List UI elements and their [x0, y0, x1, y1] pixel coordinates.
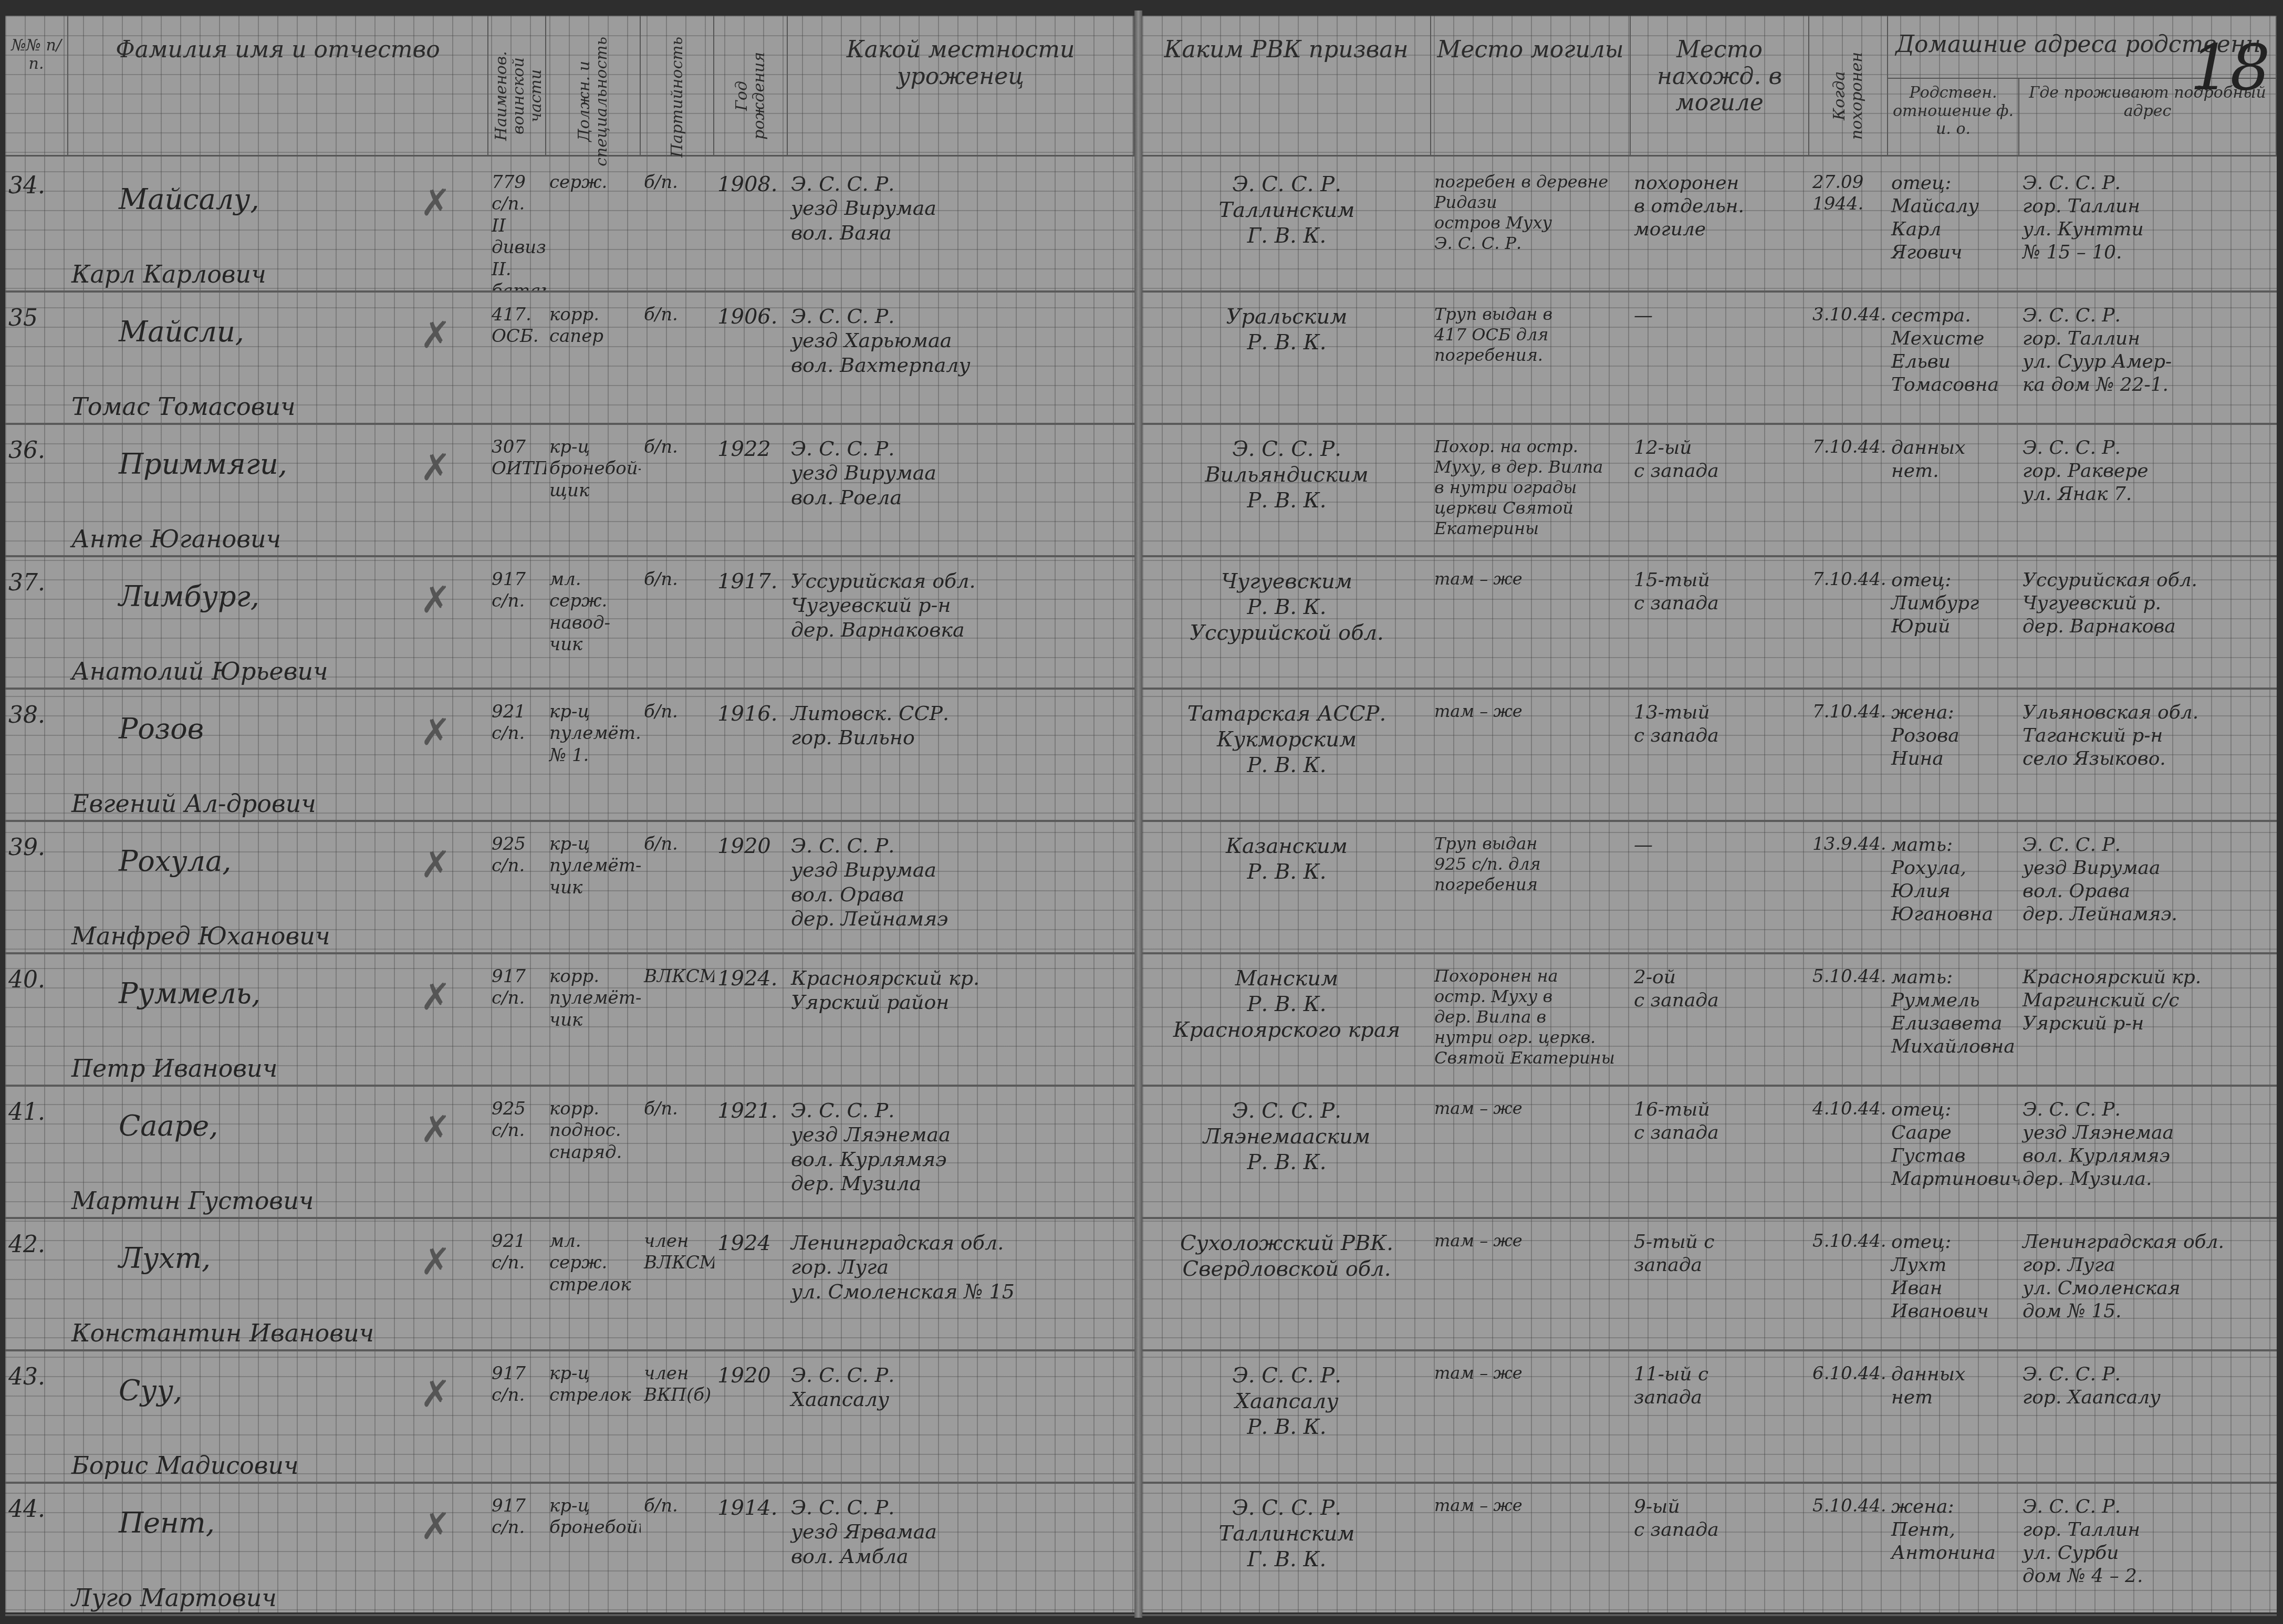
rank-specialty: серж. [546, 160, 641, 290]
birthplace: Э. С. С. Р. уезд Ярвамаа вол. Амбла [788, 1484, 1134, 1614]
check-mark-icon: ✗ [420, 1240, 451, 1283]
right-page: Каким РВК призван Место могилы Место нах… [1142, 16, 2277, 1612]
row-number: 43. [5, 1351, 68, 1482]
soldier-name: Приммяги, Анте Юганович [68, 425, 488, 555]
col-header-date: Когда похоронен [1809, 16, 1888, 155]
party-membership: б/п. [641, 822, 714, 952]
col-header-num: №№ п/п. [5, 16, 68, 155]
table-row-right: Э. С. С. Р. Таллинским Г. В. К. там – же… [1142, 1484, 2277, 1616]
col-header-position: Место нахожд. в могиле [1631, 16, 1809, 155]
birth-year: 1914. [714, 1484, 788, 1614]
position-in-grave: 11-ый с запада [1631, 1351, 1809, 1482]
position-in-grave: — [1631, 293, 1809, 423]
check-mark-icon: ✗ [420, 843, 451, 886]
birth-year: 1906. [714, 293, 788, 423]
check-mark-icon: ✗ [420, 1108, 451, 1151]
col-header-rank: Должн. и специальность [546, 16, 641, 155]
party-membership: ВЛКСМ. [641, 954, 714, 1085]
party-membership: б/п. [641, 690, 714, 820]
table-row-left: 34. Майсалу, Карл Карлович ✗ 779 с/п. II… [5, 160, 1134, 293]
birthplace: Э. С. С. Р. уезд Ляэнемаа вол. Курлямяэ … [788, 1087, 1134, 1217]
table-row-right: Уральским Р. В. К. Труп выдан в 417 ОСБ … [1142, 293, 2277, 425]
burial-date: 5.10.44. [1809, 1484, 1888, 1614]
birth-year: 1920 [714, 822, 788, 952]
table-row-left: 42. Лухт, Константин Иванович ✗ 921 с/п.… [5, 1219, 1134, 1351]
relative-name: отец: Лимбург Юрий [1888, 557, 2019, 688]
relative-name: мать: Рохула, Юлия Югановна [1888, 822, 2019, 952]
rank-specialty: кр-ц пулемёт. № 1. [546, 690, 641, 820]
table-row-left: 37. Лимбург, Анатолий Юрьевич ✗ 917 с/п.… [5, 557, 1134, 690]
relative-address: Ленинградская обл. гор. Луга ул. Смоленс… [2019, 1219, 2277, 1349]
soldier-name: Суу, Борис Мадисович [68, 1351, 488, 1482]
conscription-office: Казанским Р. В. К. [1142, 822, 1431, 952]
grave-location: Труп выдан 925 с/п. для погребения [1431, 822, 1631, 952]
conscription-office: Э. С. С. Р. Таллинским Г. В. К. [1142, 160, 1431, 290]
conscription-office: Уральским Р. В. К. [1142, 293, 1431, 423]
check-mark-icon: ✗ [420, 578, 451, 621]
col-header-year: Год рождения [714, 16, 788, 155]
grave-location: там – же [1431, 1087, 1631, 1217]
position-in-grave: 15-тый с запада [1631, 557, 1809, 688]
conscription-office: Татарская АССР. Кукморским Р. В. К. [1142, 690, 1431, 820]
military-unit: 417. ОСБ. [488, 293, 546, 423]
grave-location: Труп выдан в 417 ОСБ для погребения. [1431, 293, 1631, 423]
birth-year: 1917. [714, 557, 788, 688]
row-number: 42. [5, 1219, 68, 1349]
table-row-right: Чугуевским Р. В. К. Уссурийской обл. там… [1142, 557, 2277, 690]
relative-address: Э. С. С. Р. уезд Ляэнемаа вол. Курлямяэ … [2019, 1087, 2277, 1217]
conscription-office: Э. С. С. Р. Хаапсалу Р. В. К. [1142, 1351, 1431, 1482]
check-mark-icon: ✗ [420, 711, 451, 754]
grave-location: там – же [1431, 690, 1631, 820]
grave-location: там – же [1431, 1219, 1631, 1349]
soldier-name: Саарe, Мартин Густович [68, 1087, 488, 1217]
birthplace: Э. С. С. Р. Хаапсалу [788, 1351, 1134, 1482]
burial-date: 7.10.44. [1809, 690, 1888, 820]
birth-year: 1924. [714, 954, 788, 1085]
row-number: 35 [5, 293, 68, 423]
row-number: 40. [5, 954, 68, 1085]
table-row-right: Сухоложский РВК. Свердловской обл. там –… [1142, 1219, 2277, 1351]
position-in-grave: — [1631, 822, 1809, 952]
relative-address: Э. С. С. Р. гор. Таллин ул. Суур Амер- к… [2019, 293, 2277, 423]
row-number: 36. [5, 425, 68, 555]
rank-specialty: кр-ц бронебойщ. [546, 1484, 641, 1614]
check-mark-icon: ✗ [420, 314, 451, 357]
table-row-right: Э. С. С. Р. Таллинским Г. В. К. погребен… [1142, 160, 2277, 293]
burial-date: 7.10.44. [1809, 425, 1888, 555]
relative-name: сестра. Мехисте Ельви Томасовна [1888, 293, 2019, 423]
row-number: 37. [5, 557, 68, 688]
col-header-relative: Родствен. отношение ф. и. о. [1888, 79, 2019, 155]
rank-specialty: корр. поднос. снаряд. [546, 1087, 641, 1217]
rank-specialty: мл. серж. стрелок [546, 1219, 641, 1349]
table-row-right: Татарская АССР. Кукморским Р. В. К. там … [1142, 690, 2277, 822]
burial-date: 3.10.44. [1809, 293, 1888, 423]
right-header: Каким РВК призван Место могилы Место нах… [1142, 16, 2277, 157]
conscription-office: Э. С. С. Р. Ляэнемааским Р. В. К. [1142, 1087, 1431, 1217]
col-header-unit: Наименов. воинской части [488, 16, 546, 155]
position-in-grave: 9-ый с запада [1631, 1484, 1809, 1614]
check-mark-icon: ✗ [420, 446, 451, 489]
relative-address: Э. С. С. Р. гор. Таллин ул. Сурби дом № … [2019, 1484, 2277, 1614]
birthplace: Э. С. С. Р. уезд Вирумаа вол. Роела [788, 425, 1134, 555]
given-name: Манфред Юханович [71, 921, 485, 951]
col-header-rvk: Каким РВК призван [1142, 16, 1431, 155]
birthplace: Красноярский кр. Уярский район [788, 954, 1134, 1085]
position-in-grave: 12-ый с запада [1631, 425, 1809, 555]
row-number: 44. [5, 1484, 68, 1614]
soldier-name: Лимбург, Анатолий Юрьевич [68, 557, 488, 688]
soldier-name: Лухт, Константин Иванович [68, 1219, 488, 1349]
row-number: 34. [5, 160, 68, 290]
page-number-stamp: 18 [2190, 32, 2270, 105]
burial-date: 13.9.44. [1809, 822, 1888, 952]
military-unit: 921 с/п. [488, 690, 546, 820]
rank-specialty: кр-ц пулемёт- чик [546, 822, 641, 952]
military-unit: 925 с/п. [488, 822, 546, 952]
table-row-right: Манским Р. В. К. Красноярского края Похо… [1142, 954, 2277, 1087]
given-name: Петр Иванович [71, 1054, 485, 1083]
position-in-grave: 5-тый с запада [1631, 1219, 1809, 1349]
col-header-party: Партийность [641, 16, 714, 155]
table-row-right: Э. С. С. Р. Вильяндиским Р. В. К. Похор.… [1142, 425, 2277, 557]
col-header-grave: Место могилы [1431, 16, 1631, 155]
burial-date: 5.10.44. [1809, 954, 1888, 1085]
relative-address: Э. С. С. Р. гор. Таллин ул. Кунтти № 15 … [2019, 160, 2277, 290]
table-row-right: Казанским Р. В. К. Труп выдан 925 с/п. д… [1142, 822, 2277, 954]
birth-year: 1921. [714, 1087, 788, 1217]
grave-location: там – же [1431, 557, 1631, 688]
rank-specialty: кр-ц бронебой- щик [546, 425, 641, 555]
register-spread: №№ п/п. Фамилия имя и отчество Наименов.… [0, 0, 2283, 1624]
rank-specialty: корр. пулемёт- чик [546, 954, 641, 1085]
conscription-office: Чугуевским Р. В. К. Уссурийской обл. [1142, 557, 1431, 688]
left-header: №№ п/п. Фамилия имя и отчество Наименов.… [5, 16, 1134, 157]
party-membership: б/п. [641, 160, 714, 290]
birth-year: 1924 [714, 1219, 788, 1349]
check-mark-icon: ✗ [420, 1505, 451, 1548]
military-unit: 921 с/п. [488, 1219, 546, 1349]
soldier-name: Пент, Луго Мартович [68, 1484, 488, 1614]
military-unit: 917 с/п. [488, 1351, 546, 1482]
grave-location: погребен в деревне Ридази остров Муху Э.… [1431, 160, 1631, 290]
burial-date: 6.10.44. [1809, 1351, 1888, 1482]
row-number: 41. [5, 1087, 68, 1217]
birthplace: Уссурийская обл. Чугуевский р-н дер. Вар… [788, 557, 1134, 688]
row-number: 39. [5, 822, 68, 952]
book-gutter [1134, 11, 1142, 1618]
soldier-name: Руммель, Петр Иванович [68, 954, 488, 1085]
table-row-right: Э. С. С. Р. Хаапсалу Р. В. К. там – же 1… [1142, 1351, 2277, 1484]
table-row-right: Э. С. С. Р. Ляэнемааским Р. В. К. там – … [1142, 1087, 2277, 1219]
relative-name: отец: Сааре Густав Мартинович [1888, 1087, 2019, 1217]
given-name: Луго Мартович [71, 1583, 485, 1612]
military-unit: 917 с/п. [488, 1484, 546, 1614]
birth-year: 1922 [714, 425, 788, 555]
position-in-grave: 16-тый с запада [1631, 1087, 1809, 1217]
relative-address: Уссурийская обл. Чугуевский р. дер. Варн… [2019, 557, 2277, 688]
relative-address: Красноярский кр. Маргинский с/с Уярский … [2019, 954, 2277, 1085]
check-mark-icon: ✗ [420, 181, 451, 224]
relative-name: данных нет [1888, 1351, 2019, 1482]
party-membership: б/п. [641, 1087, 714, 1217]
party-membership: б/п. [641, 557, 714, 688]
soldier-name: Розов Евгений Ал-дрович [68, 690, 488, 820]
military-unit: 779 с/п. II дивиз. II. батар. [488, 160, 546, 290]
birth-year: 1908. [714, 160, 788, 290]
military-unit: 917 с/п. [488, 557, 546, 688]
relative-name: отец: Майсалу Карл Ягович [1888, 160, 2019, 290]
table-row-left: 36. Приммяги, Анте Юганович ✗ 307 ОИТПД.… [5, 425, 1134, 557]
relative-name: мать: Руммель Елизавета Михайловна [1888, 954, 2019, 1085]
given-name: Карл Карлович [71, 259, 485, 289]
birthplace: Э. С. С. Р. уезд Вирумаа вол. Орава дер.… [788, 822, 1134, 952]
grave-location: там – же [1431, 1484, 1631, 1614]
birthplace: Ленинградская обл. гор. Луга ул. Смоленс… [788, 1219, 1134, 1349]
rank-specialty: корр. сапер [546, 293, 641, 423]
burial-date: 4.10.44. [1809, 1087, 1888, 1217]
grave-location: Похор. на остр. Муху, в дер. Вилпа в нут… [1431, 425, 1631, 555]
given-name: Константин Иванович [71, 1318, 485, 1348]
given-name: Анте Юганович [71, 524, 485, 554]
given-name: Томас Томасович [71, 392, 485, 421]
military-unit: 917 с/п. [488, 954, 546, 1085]
relative-name: отец: Лухт Иван Иванович [1888, 1219, 2019, 1349]
grave-location: Похоронен на остр. Муху в дер. Вилпа в н… [1431, 954, 1631, 1085]
row-number: 38. [5, 690, 68, 820]
birthplace: Литовск. ССР. гор. Вильно [788, 690, 1134, 820]
given-name: Борис Мадисович [71, 1451, 485, 1480]
given-name: Евгений Ал-дрович [71, 789, 485, 818]
party-membership: б/п. [641, 1484, 714, 1614]
party-membership: член ВКП(б) [641, 1351, 714, 1482]
relative-name: жена: Пент, Антонина [1888, 1484, 2019, 1614]
soldier-name: Майсли, Томас Томасович [68, 293, 488, 423]
relative-address: Э. С. С. Р. гор. Раквере ул. Янак 7. [2019, 425, 2277, 555]
table-row-left: 35 Майсли, Томас Томасович ✗ 417. ОСБ. к… [5, 293, 1134, 425]
conscription-office: Манским Р. В. К. Красноярского края [1142, 954, 1431, 1085]
rank-specialty: мл. серж. навод- чик [546, 557, 641, 688]
burial-date: 5.10.44. [1809, 1219, 1888, 1349]
position-in-grave: похоронен в отдельн. могиле [1631, 160, 1809, 290]
col-header-origin: Какой местности уроженец [788, 16, 1134, 155]
rank-specialty: кр-ц стрелок [546, 1351, 641, 1482]
col-header-name: Фамилия имя и отчество [68, 16, 488, 155]
check-mark-icon: ✗ [420, 975, 451, 1018]
given-name: Мартин Густович [71, 1186, 485, 1215]
table-row-left: 38. Розов Евгений Ал-дрович ✗ 921 с/п. к… [5, 690, 1134, 822]
party-membership: б/п. [641, 425, 714, 555]
birth-year: 1916. [714, 690, 788, 820]
relative-address: Э. С. С. Р. гор. Хаапсалу [2019, 1351, 2277, 1482]
check-mark-icon: ✗ [420, 1372, 451, 1415]
given-name: Анатолий Юрьевич [71, 657, 485, 686]
relative-name: данных нет. [1888, 425, 2019, 555]
burial-date: 27.09 1944. [1809, 160, 1888, 290]
birthplace: Э. С. С. Р. уезд Харьюмаа вол. Вахтерпал… [788, 293, 1134, 423]
position-in-grave: 13-тый с запада [1631, 690, 1809, 820]
conscription-office: Сухоложский РВК. Свердловской обл. [1142, 1219, 1431, 1349]
party-membership: член ВЛКСМ. [641, 1219, 714, 1349]
soldier-name: Майсалу, Карл Карлович [68, 160, 488, 290]
relative-address: Ульяновская обл. Таганский р-н село Язык… [2019, 690, 2277, 820]
birth-year: 1920 [714, 1351, 788, 1482]
table-row-left: 43. Суу, Борис Мадисович ✗ 917 с/п. кр-ц… [5, 1351, 1134, 1484]
conscription-office: Э. С. С. Р. Таллинским Г. В. К. [1142, 1484, 1431, 1614]
relative-address: Э. С. С. Р. уезд Вирумаа вол. Орава дер.… [2019, 822, 2277, 952]
grave-location: там – же [1431, 1351, 1631, 1482]
position-in-grave: 2-ой с запада [1631, 954, 1809, 1085]
military-unit: 925 с/п. [488, 1087, 546, 1217]
military-unit: 307 ОИТПД. [488, 425, 546, 555]
relative-name: жена: Розова Нина [1888, 690, 2019, 820]
soldier-name: Рохула, Манфред Юханович [68, 822, 488, 952]
birthplace: Э. С. С. Р. уезд Вирумаа вол. Ваяа [788, 160, 1134, 290]
party-membership: б/п. [641, 293, 714, 423]
table-row-left: 39. Рохула, Манфред Юханович ✗ 925 с/п. … [5, 822, 1134, 954]
table-row-left: 40. Руммель, Петр Иванович ✗ 917 с/п. ко… [5, 954, 1134, 1087]
table-row-left: 41. Саарe, Мартин Густович ✗ 925 с/п. ко… [5, 1087, 1134, 1219]
conscription-office: Э. С. С. Р. Вильяндиским Р. В. К. [1142, 425, 1431, 555]
left-page: №№ п/п. Фамилия имя и отчество Наименов.… [5, 16, 1134, 1612]
burial-date: 7.10.44. [1809, 557, 1888, 688]
table-row-left: 44. Пент, Луго Мартович ✗ 917 с/п. кр-ц … [5, 1484, 1134, 1616]
